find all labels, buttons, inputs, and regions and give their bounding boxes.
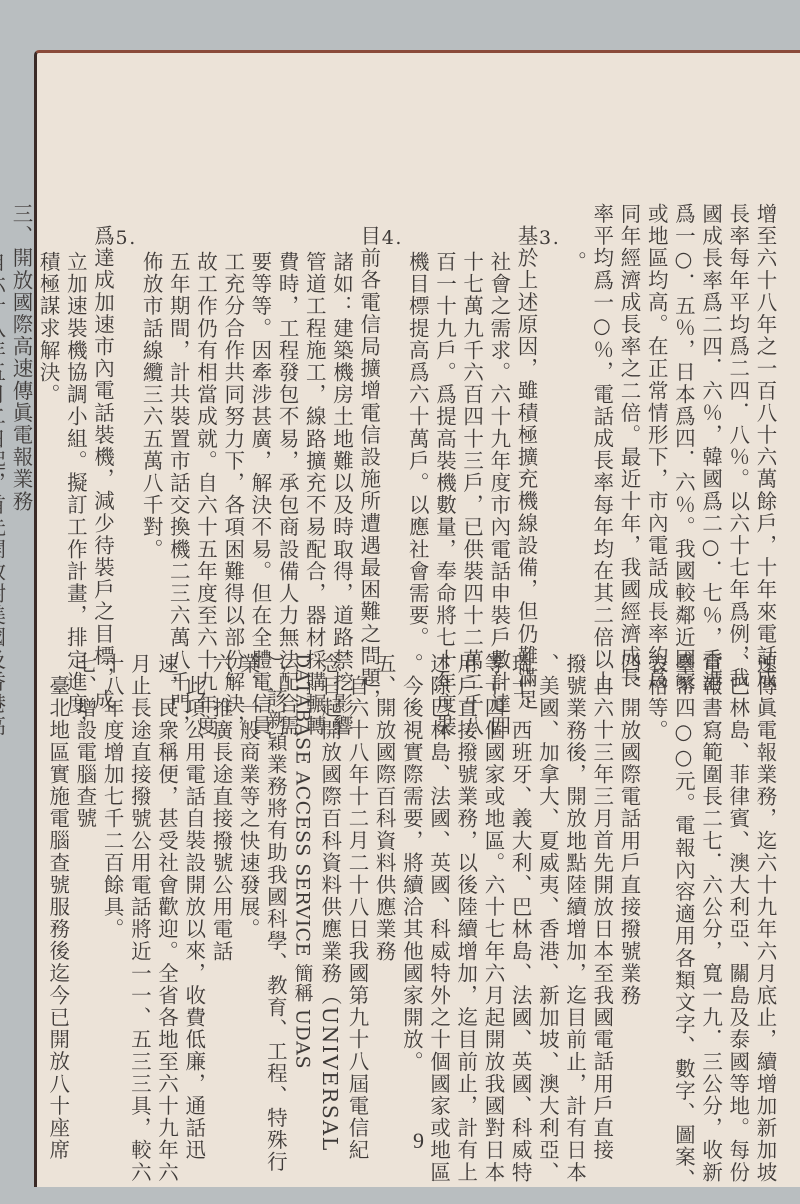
section-6-heading: 六、推廣長途直接撥號公用電話 — [207, 653, 234, 1078]
text-column: 百一十九戶。爲提高裝機數量，奉命將七十年度裝 — [430, 203, 457, 613]
page-number: 9 — [37, 1128, 800, 1154]
text-column: 自六十八年五月二日起，首先開放對美國及香港高 — [0, 203, 7, 613]
book-page: 增至六十八年之一百八十六萬餘戶，十年來電話成 長率每年平均爲二四．八％。以六十七… — [34, 50, 800, 1187]
lower-text-block: 速傳眞電報業務，迄六十九年六月底止，續增加新加坡 、巴林島、菲律賓、澳大利亞、關… — [44, 653, 778, 1078]
text-column: 十七萬九千六百四十三戶，已供裝四十二萬二千八 — [457, 203, 484, 613]
section-3-heading: 三、開放國際高速傳眞電報業務 — [7, 203, 34, 613]
text-column: 撥號業務後，開放地點陸續增加，迄目前止，計有日本 — [560, 653, 587, 1078]
text-column: 業、一般商業等之快速發展。 — [234, 653, 261, 1078]
text-column: 電報書寫範圍長二七．六公分，寬一九．三公分，收新 — [696, 653, 723, 1078]
section-7-heading: 七、增設電腦查號 — [71, 653, 98, 1078]
text-column: 五年期間，計共裝置市話交換機二三六萬八千門， — [164, 203, 191, 613]
text-column: 長率每年平均爲二四．八％。以六十七年爲例，我 — [724, 203, 751, 613]
section-5-heading: 五、開放國際百科資料供應業務 — [370, 653, 397, 1078]
text-column: 同年經濟成長率之二倍。最近十年，我國經濟成長 — [615, 203, 642, 613]
text-column: 立加速裝機協調小組。擬訂工作計畫，排定進度， — [61, 203, 88, 613]
text-column: 。今後視實際需要，將續洽其他國家開放。 — [397, 653, 424, 1078]
text-column: 用戶直接撥號業務，以後陸續增加，迄目前止，計有上 — [452, 653, 479, 1078]
item-5-marker: 5. — [116, 225, 137, 251]
text-column: 念日起開放國際百科資料供應業務（UNIVERSAL — [316, 653, 343, 1078]
text-column: 表格等。 — [642, 653, 669, 1078]
text-column: 、巴林島、菲律賓、澳大利亞、關島及泰國等地。每份 — [724, 653, 751, 1078]
item-4-line: 4.目前各電信局擴增電信設施所遭遇最困難之問題， — [355, 203, 404, 613]
text-column: 臺北地區實施電腦查號服務後迄今已開放八十座席 — [44, 653, 71, 1078]
text-column: 費時，工程發包不易，承包商設備人力無法配合需 — [273, 203, 300, 613]
text-column: 十八年度增加七千二百餘具。 — [98, 653, 125, 1078]
text-column: 速傳眞電報業務，迄六十九年六月底止，續增加新加坡 — [751, 653, 778, 1078]
text-column: 要等等。因牽涉甚廣，解決不易。但在全體電信員 — [246, 203, 273, 613]
text-column: 、美國、加拿大、夏威夷、香港、新加坡、澳大利亞、 — [533, 653, 560, 1078]
text-column: 自六十八年十二月二十八日我國第九十八屆電信紀 — [343, 653, 370, 1078]
text-column: 率平均爲一○％，電話成長率每年均在其二倍以上 — [588, 203, 615, 613]
text-column: 諸如：建築機房土地難以及時取得，道路禁挖影響 — [327, 203, 354, 613]
text-column: 自六十三年三月首先開放日本至我國電話用戶直接 — [588, 653, 615, 1078]
text-column: 此項公用電話自裝設開放以來，收費低廉，通話迅 — [180, 653, 207, 1078]
text-column: 管道工程施工，線路擴充不易配合，器材採購輾轉 — [300, 203, 327, 613]
text-column: 增至六十八年之一百八十六萬餘戶，十年來電話成 — [751, 203, 778, 613]
text-column: 等十四個國家或地區。六十七年六月起開放我國對日本 — [479, 653, 506, 1078]
text-column: 臺幣四○○元。電報內容適用各類文字、數字、圖案、 — [669, 653, 696, 1078]
text-column: DATABASE ACCESS SERVICE 簡稱 UDAS — [288, 653, 315, 1078]
text-column: 月止長途直接撥號公用電話將近一一、五三三具，較六 — [125, 653, 152, 1078]
upper-text-block: 增至六十八年之一百八十六萬餘戶，十年來電話成 長率每年平均爲二四．八％。以六十七… — [0, 203, 778, 613]
text-column: 佈放市話線纜三六五萬八千對。 — [137, 203, 164, 613]
text-column: 機目標提高爲六十萬戶。以應社會需要。 — [403, 203, 430, 613]
section-4-heading: 四、開放國際電話用戶直接撥號業務 — [615, 653, 642, 1078]
text-column: 瑞士、西班牙、義大利、巴林島、法國、英國、科威特 — [506, 653, 533, 1078]
text-column: 或地區均高。在正常情形下，市內電話成長率約爲 — [642, 203, 669, 613]
text-column: 社會之需求。六十九年度市內電話申裝戶數計達四 — [485, 203, 512, 613]
item-4-marker: 4. — [382, 225, 403, 251]
text-column: 速，民衆稱便，甚受社會歡迎。全省各地至六十九年六 — [152, 653, 179, 1078]
text-column: 積極謀求解決。 — [34, 203, 61, 613]
text-column: ），該新穎業務將有助我國科學、教育、工程、特殊行 — [261, 653, 288, 1078]
text-column: 故工作仍有相當成就。自六十五年度至六十九年度 — [191, 203, 218, 613]
text-column: 國成長率爲二四．六％，韓國爲二○．七％，香港 — [696, 203, 723, 613]
text-column: 述除巴林島、法國、英國、科威特外之十個國家或地區 — [424, 653, 451, 1078]
item-5-line: 5.爲達成加速市內電話裝機，減少待裝戶之目標，成 — [88, 203, 137, 613]
text-column: 工充分合作共同努力下，各項困難得以部份解決， — [218, 203, 245, 613]
text-column: 爲一○．五％，日本爲四．六％。我國較鄰近國家 — [669, 203, 696, 613]
text-column: 。 — [560, 203, 587, 613]
item-3-line: 3.基於上述原因，雖積極擴充機線設備，但仍難滿足 — [512, 203, 561, 613]
item-3-marker: 3. — [539, 225, 560, 251]
